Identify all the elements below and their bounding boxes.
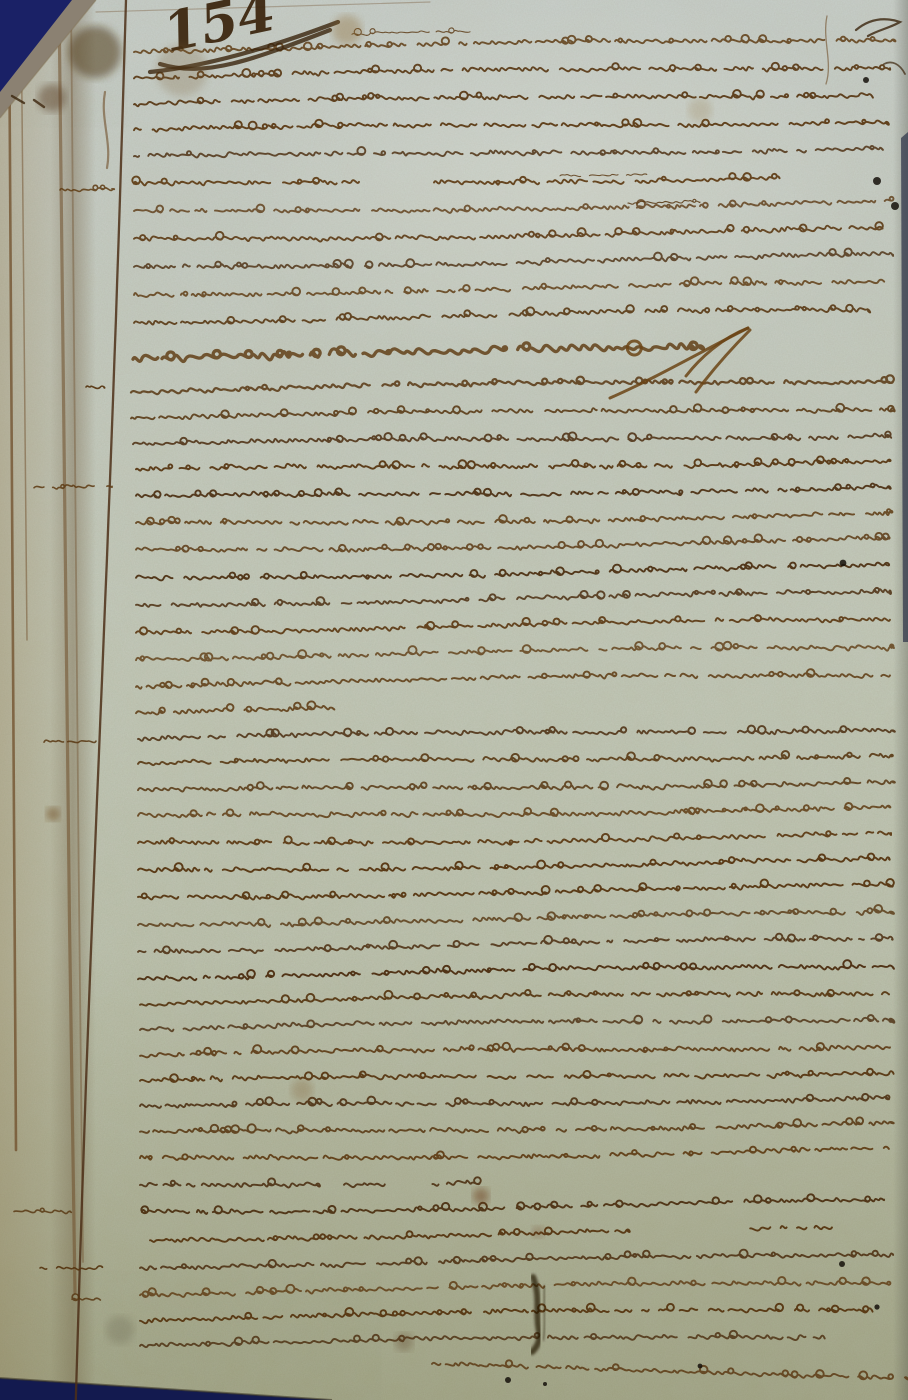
- manuscript-page: 154: [0, 0, 908, 1400]
- manuscript-scan-photo: 154: [0, 0, 908, 1400]
